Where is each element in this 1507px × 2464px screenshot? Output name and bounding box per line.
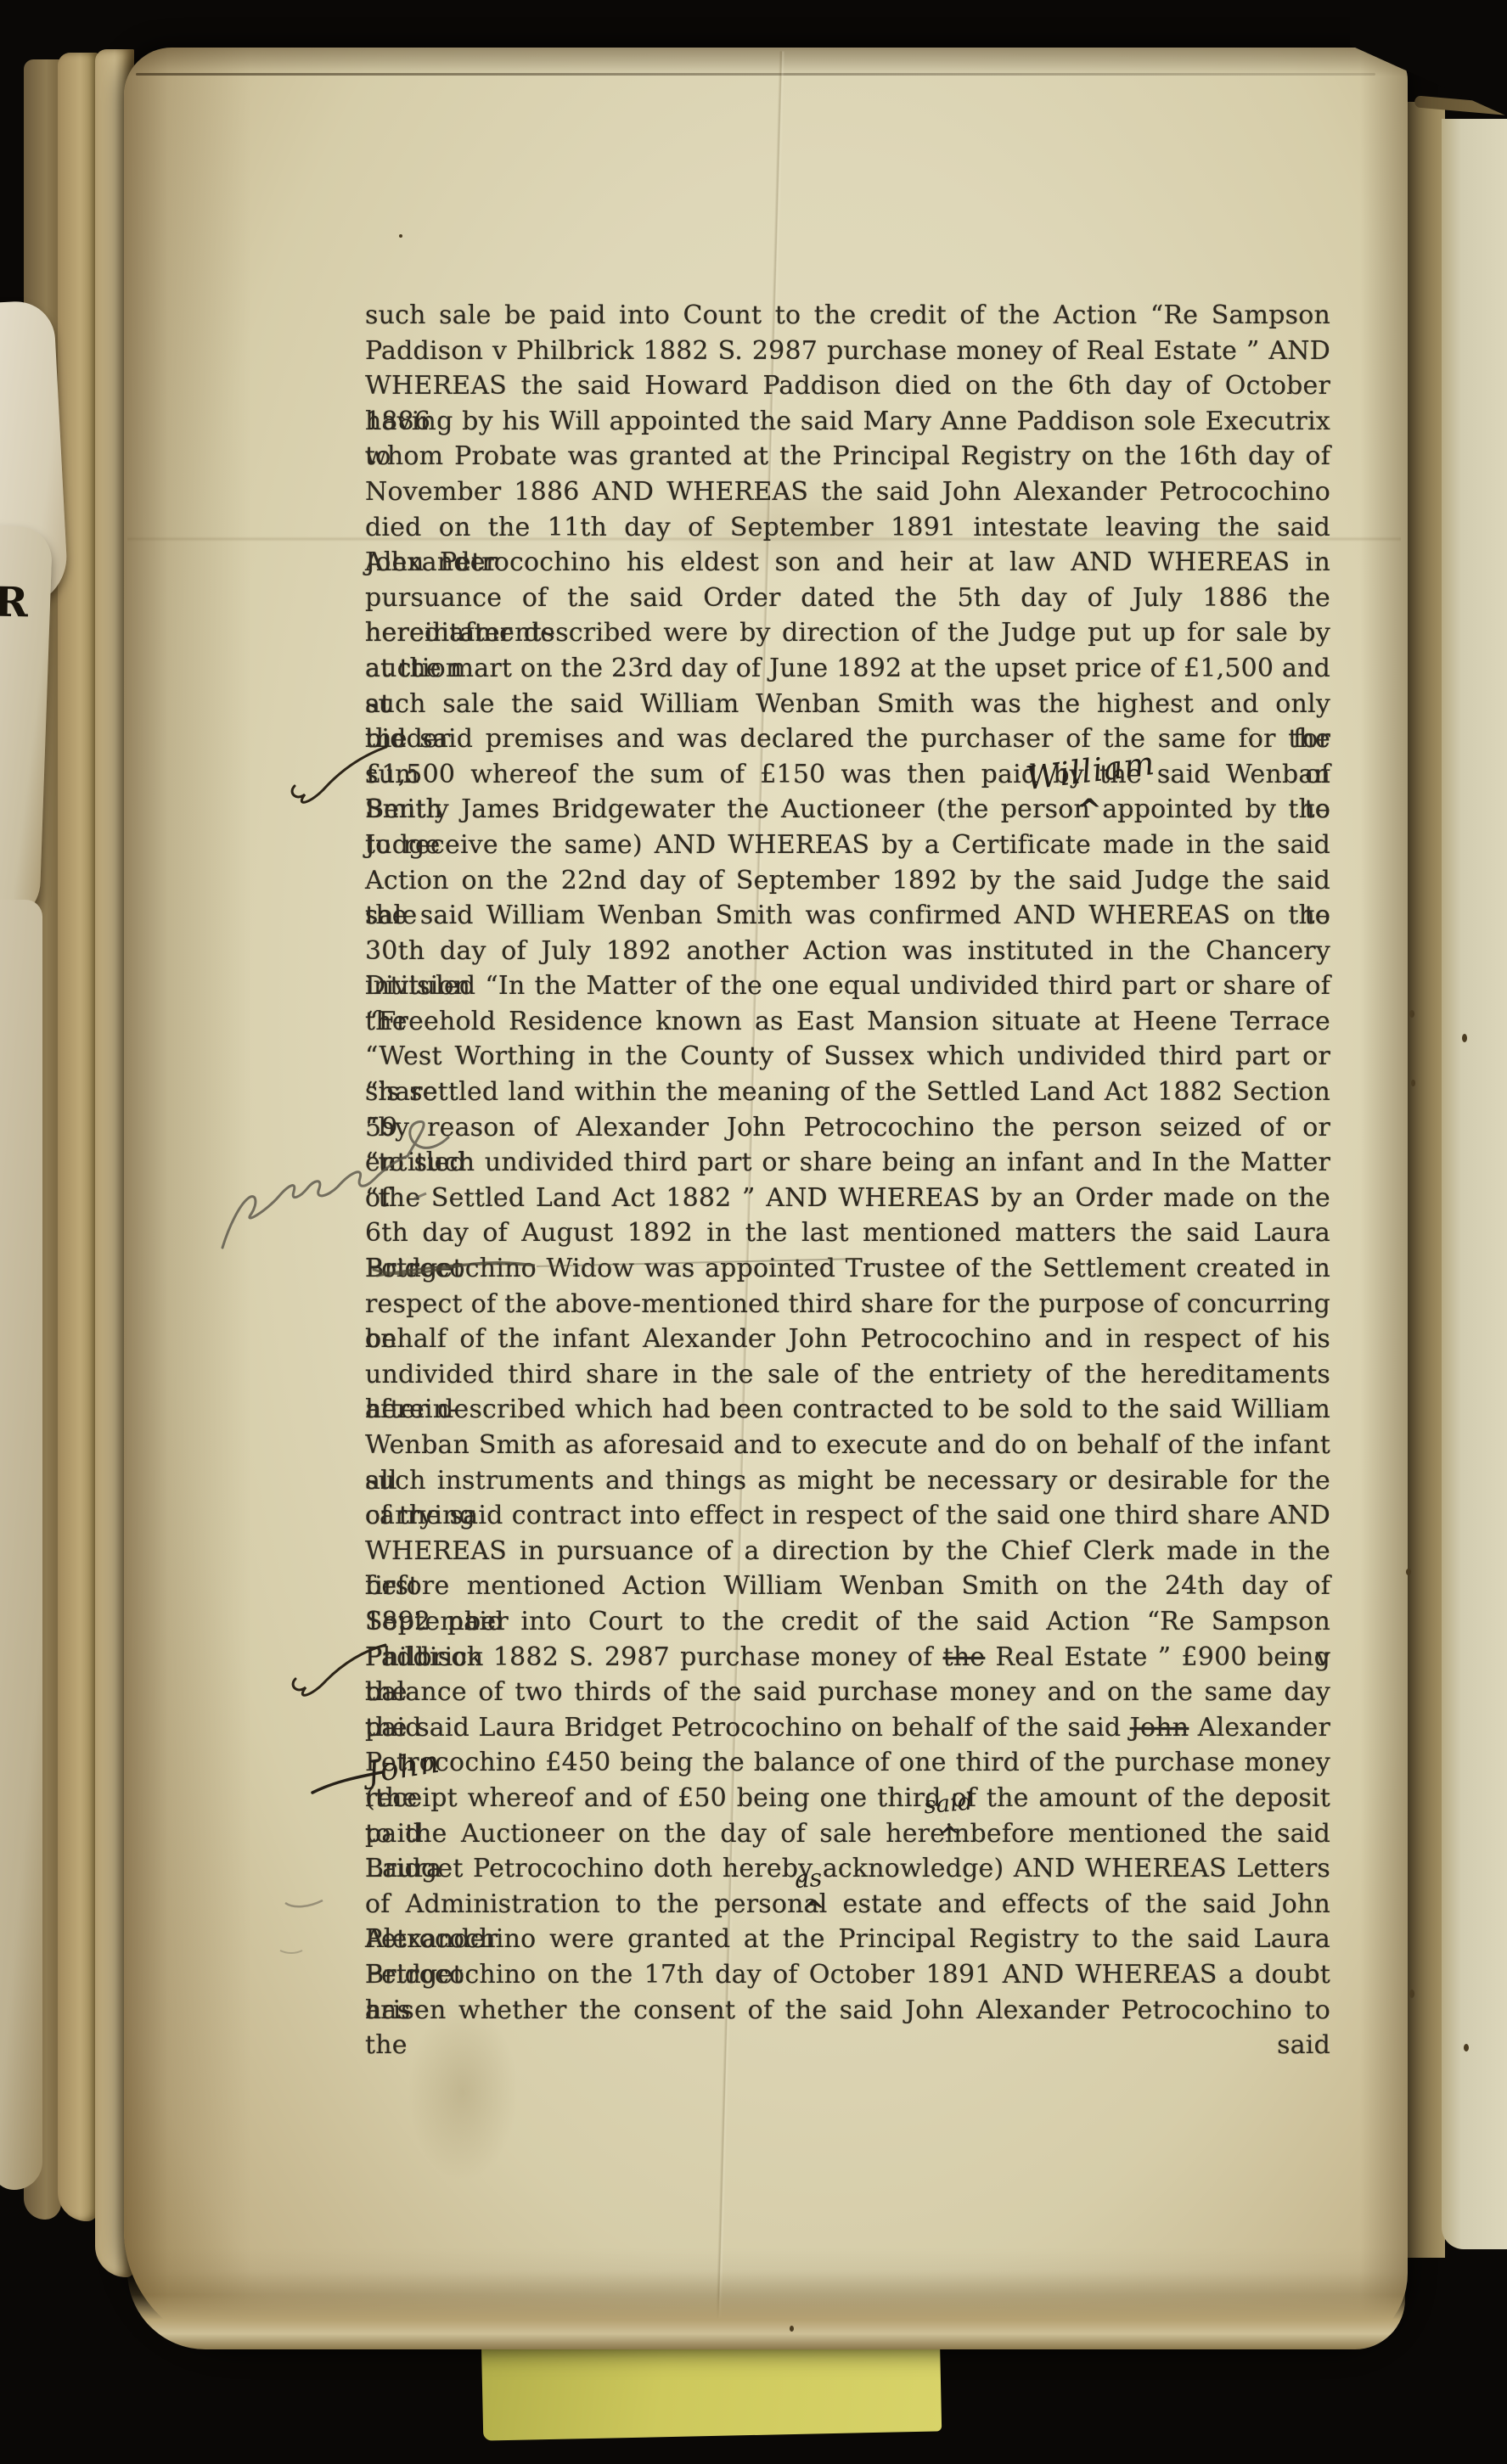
insertion-caret-icon: ^	[1077, 793, 1102, 828]
text-line: such sale the said William Wenban Smith …	[365, 687, 1330, 722]
paper-speck	[1462, 1034, 1467, 1042]
text-line: arisen whether the consent of the said J…	[365, 1993, 1330, 2029]
text-line: to the Auctioneer on the day of sale her…	[365, 1816, 1330, 1852]
text-line: “Freehold Residence known as East Mansio…	[365, 1004, 1330, 1040]
scanned-book-photo: R such sale be paid into Count to the cr…	[0, 0, 1507, 2464]
text-line: of Administration to the personal estate…	[365, 1887, 1330, 1922]
torn-paper-fragment	[0, 900, 42, 2190]
text-line: “to such undivided third part or share b…	[365, 1145, 1330, 1181]
paper-speck	[1464, 2044, 1469, 2051]
text-line: “by reason of Alexander John Petrocochin…	[365, 1110, 1330, 1146]
text-line: Bently James Bridgewater the Auctioneer …	[365, 792, 1330, 828]
paper-speck	[1409, 1010, 1414, 1018]
handwritten-insertion-said: said	[923, 1788, 975, 1820]
text-line: 30th day of July 1892 another Action was…	[365, 934, 1330, 969]
page-gutter-shadow	[1403, 102, 1445, 2258]
text-line: undivided third share in the sale of the…	[365, 1357, 1330, 1393]
text-line: WHEREAS in pursuance of a direction by t…	[365, 1534, 1330, 1569]
text-line: pursuance of the said Order dated the 5t…	[365, 581, 1330, 616]
text-line: the said Laura Bridget Petrocochino on b…	[365, 1710, 1330, 1746]
page-bottom-worn-edge	[127, 2271, 1405, 2349]
text-block: such sale be paid into Count to the cred…	[365, 298, 1330, 2028]
text-line: respect of the above-mentioned third sha…	[365, 1287, 1330, 1322]
text-line: at the mart on the 23rd day of June 1892…	[365, 651, 1330, 687]
text-line: November 1886 AND WHEREAS the said John …	[365, 474, 1330, 510]
paper-speck	[1406, 1569, 1411, 1575]
text-line: 6th day of August 1892 in the last menti…	[365, 1215, 1330, 1251]
handwritten-insertion-as: as	[794, 1863, 823, 1894]
text-line: WHEREAS the said Howard Paddison died on…	[365, 368, 1330, 404]
text-line: such instruments and things as might be …	[365, 1463, 1330, 1499]
text-line: died on the 11th day of September 1891 i…	[365, 510, 1330, 546]
text-line: Petrocochino on the 17th day of October …	[365, 1957, 1330, 1993]
insertion-caret-icon: ^	[939, 1821, 960, 1851]
text-line: £1,500 whereof the sum of £150 was then …	[365, 757, 1330, 793]
text-line: receipt whereof and of £50 being one thi…	[365, 1781, 1330, 1816]
text-line: whom Probate was granted at the Principa…	[365, 439, 1330, 474]
text-line: hereinafter described were by direction …	[365, 615, 1330, 651]
next-page-edge	[1442, 119, 1507, 2249]
text-line: behalf of the infant Alexander John Petr…	[365, 1322, 1330, 1357]
text-line: “West Worthing in the County of Sussex w…	[365, 1039, 1330, 1075]
text-line: of the said contract into effect in resp…	[365, 1498, 1330, 1534]
text-line: “is settled land within the meaning of t…	[365, 1075, 1330, 1110]
insertion-caret-icon: ^	[801, 1894, 826, 1928]
text-line: Petrocochino £450 being the balance of o…	[365, 1745, 1330, 1781]
paper-speck	[399, 234, 402, 238]
text-line: Paddison v Philbrick 1882 S. 2987 purcha…	[365, 334, 1330, 369]
text-line: John Petrocochino his eldest son and hei…	[365, 545, 1330, 581]
text-line: Bridget Petrocochino doth hereby acknowl…	[365, 1851, 1330, 1887]
text-line: having by his Will appointed the said Ma…	[365, 404, 1330, 440]
text-line: balance of two thirds of the said purcha…	[365, 1675, 1330, 1710]
text-line: Philbrick 1882 S. 2987 purchase money of…	[365, 1640, 1330, 1675]
text-line: the said premises and was declared the p…	[365, 721, 1330, 757]
text-line: intituled “In the Matter of the one equa…	[365, 968, 1330, 1004]
text-line: Action on the 22nd day of September 1892…	[365, 863, 1330, 899]
cut-off-letter-on-underlying-page: R	[0, 579, 28, 627]
text-line: 1892 paid into Court to the credit of th…	[365, 1604, 1330, 1640]
page-top-edge-line	[136, 73, 1375, 76]
text-line: after described which had been contracte…	[365, 1392, 1330, 1428]
text-line: such sale be paid into Count to the cred…	[365, 298, 1330, 334]
text-line: Petrocochino were granted at the Princip…	[365, 1922, 1330, 1957]
text-line: the said William Wenban Smith was confir…	[365, 898, 1330, 934]
struck-through-word: John	[1130, 1713, 1189, 1743]
text-line: Potrocochino Widow was appointed Trustee…	[365, 1251, 1330, 1287]
text-line: “the Settled Land Act 1882 ” AND WHEREAS…	[365, 1181, 1330, 1216]
binding-edge-strip	[58, 53, 98, 2221]
text-line: before mentioned Action William Wenban S…	[365, 1569, 1330, 1604]
text-line: to receive the same) AND WHEREAS by a Ce…	[365, 828, 1330, 863]
paper-speck	[790, 2326, 794, 2332]
paper-speck	[1409, 1990, 1414, 1998]
text-line: Wenban Smith as aforesaid and to execute…	[365, 1428, 1330, 1463]
paper-speck	[1411, 1080, 1415, 1086]
struck-through-word: the	[943, 1642, 986, 1672]
